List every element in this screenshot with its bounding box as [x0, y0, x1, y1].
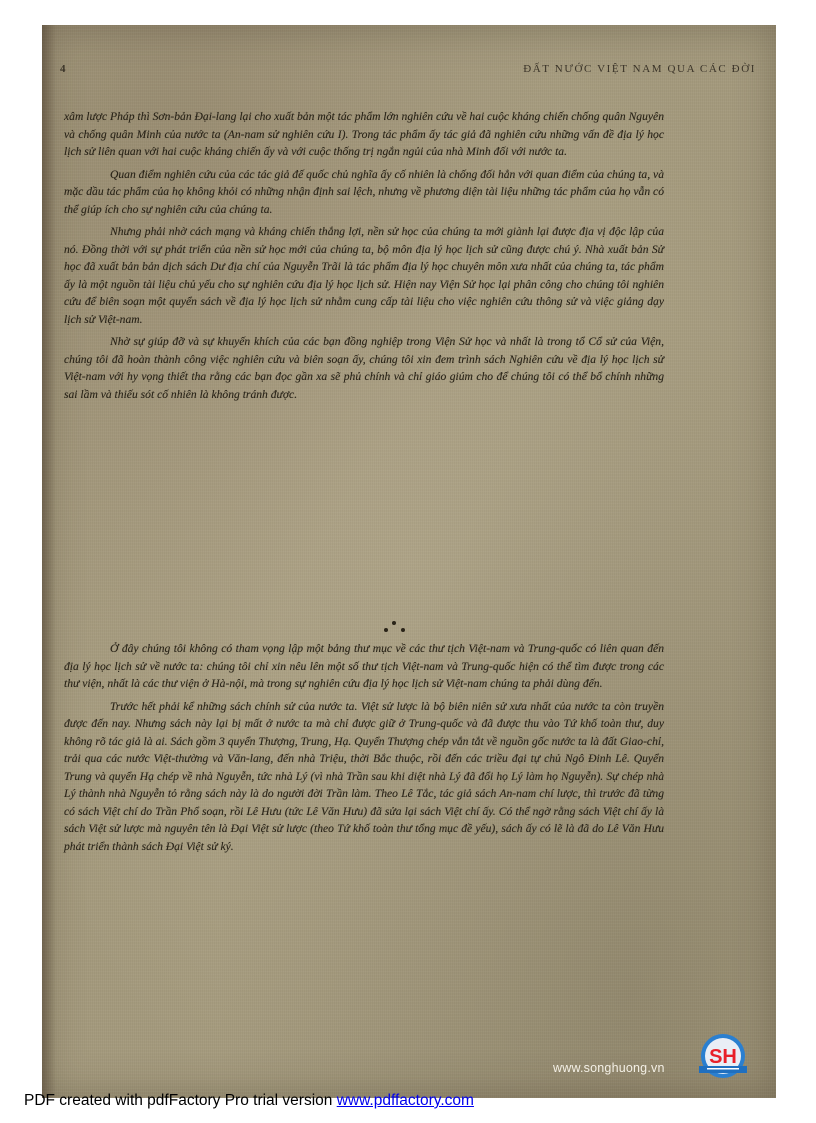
pdffactory-link[interactable]: www.pdffactory.com: [337, 1092, 474, 1109]
page-number: 4: [60, 63, 67, 75]
paragraph: Nhờ sự giúp đỡ và sự khuyến khích của cá…: [64, 333, 664, 403]
page-binding-shadow: [42, 25, 56, 1098]
paragraph: xâm lược Pháp thì Sơn-bản Đại-lang lại c…: [64, 108, 664, 161]
paragraph: Quan điểm nghiên cứu của các tác giả đế …: [64, 166, 664, 219]
paragraph: Nhưng phải nhờ cách mạng và kháng chiến …: [64, 223, 664, 328]
text-block-intro: xâm lược Pháp thì Sơn-bản Đại-lang lại c…: [64, 108, 664, 408]
logo-letters: SH: [709, 1046, 737, 1068]
text-block-sources: Ở đây chúng tôi không có tham vọng lập m…: [64, 640, 664, 860]
paragraph: Ở đây chúng tôi không có tham vọng lập m…: [64, 640, 664, 693]
watermark-site-text: www.songhuong.vn: [553, 1061, 665, 1075]
running-header: 4 ĐẤT NƯỚC VIỆT NAM QUA CÁC ĐỜI: [60, 63, 756, 83]
section-separator-ornament: [380, 619, 410, 635]
pdf-creator-footer: PDF created with pdfFactory Pro trial ve…: [24, 1092, 474, 1110]
running-title: ĐẤT NƯỚC VIỆT NAM QUA CÁC ĐỜI: [523, 63, 756, 75]
songhuong-logo-icon: SH: [697, 1032, 749, 1084]
footer-text: PDF created with pdfFactory Pro trial ve…: [24, 1092, 337, 1109]
paragraph: Trước hết phải kể những sách chính sử củ…: [64, 698, 664, 856]
